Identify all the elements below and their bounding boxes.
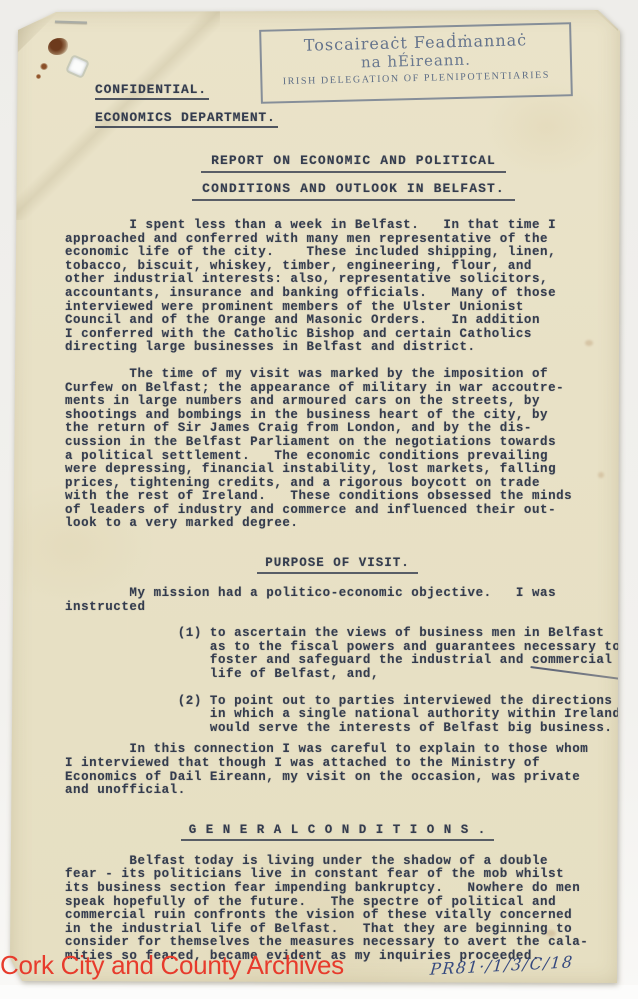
staple-mark: [55, 20, 87, 23]
paragraph-mission: My mission had a politico-economic objec…: [65, 587, 610, 614]
paragraph-general-conditions: Belfast today is living under the shadow…: [65, 855, 610, 964]
typewritten-text-column: CONFIDENTIAL. ECONOMICS DEPARTMENT. REPO…: [65, 82, 610, 964]
classification-label: CONFIDENTIAL.: [95, 82, 610, 100]
paper-page-wrap: Toscaireaċt Feaḋṁannaċ na hÉireann. IRIS…: [10, 10, 620, 985]
report-title: REPORT ON ECONOMIC AND POLITICAL CONDITI…: [81, 152, 626, 201]
paragraph-introduction: I spent less than a week in Belfast. In …: [65, 219, 610, 355]
archive-watermark: Cork City and County Archives: [0, 950, 344, 980]
list-item-2: (2) To point out to parties interviewed …: [65, 695, 610, 736]
paragraph-unofficial-visit: In this connection I was careful to expl…: [65, 743, 610, 797]
report-title-line2: CONDITIONS AND OUTLOOK IN BELFAST.: [81, 180, 626, 201]
clipped-corner-top-right: [592, 10, 618, 34]
list-item-1: (1) to ascertain the views of business m…: [65, 627, 610, 681]
purpose-of-visit-heading: PURPOSE OF VISIT.: [65, 553, 610, 574]
rust-speck: [40, 63, 48, 70]
rust-stain: [48, 38, 68, 55]
paragraph-visit-context: The time of my visit was marked by the i…: [65, 368, 610, 531]
report-title-line1: REPORT ON ECONOMIC AND POLITICAL: [81, 152, 626, 173]
paper-page: Toscaireaċt Feaḋṁannaċ na hÉireann. IRIS…: [10, 10, 620, 985]
department-label: ECONOMICS DEPARTMENT.: [95, 110, 610, 128]
general-conditions-heading: G E N E R A L C O N D I T I O N S .: [65, 820, 610, 841]
scanned-document: Toscaireaċt Feaḋṁannaċ na hÉireann. IRIS…: [0, 0, 638, 999]
scan-background-band: [0, 985, 638, 999]
rust-speck: [36, 74, 41, 79]
punch-hole: [68, 57, 88, 77]
